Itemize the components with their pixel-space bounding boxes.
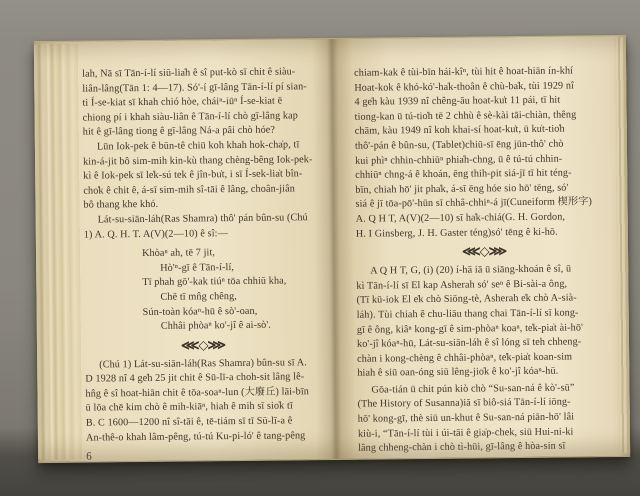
text-line: chiong pí i khah siàu-liân ê Tān-í-lí ch… <box>83 109 319 126</box>
open-book: lah, Nā sī Tān-í-lí siū-lia̍h ê sî put-k… <box>34 35 630 463</box>
text-line: 1) A. Q. H. T. A(V)(2—10) ê sî:— <box>84 226 320 243</box>
text-line: Hoat-kok ê khó-kó'-ha̍k-thoân ê chù-ba̍k… <box>354 79 610 96</box>
text-line: Chhâi phòaⁿ ko'-jî ê ai-sò'. <box>85 318 321 335</box>
text-line: cho̍k ê chit ê, á-sī sim-mih sî-tāi ê lâ… <box>83 182 319 199</box>
left-body-paragraphs: lah, Nā sī Tān-í-lí siū-lia̍h ê sî put-k… <box>82 65 320 243</box>
text-line: ko'-jî kóaⁿ-hū, Lát-su-siān-láh ê sî lón… <box>357 335 613 352</box>
verse-block: Khòaⁿ ah, tē 7 jit,Hò'ⁿ-gī ê Tān-í-lí,Tī… <box>84 245 321 335</box>
left-page: lah, Nā sī Tān-í-lí siū-lia̍h ê sî put-k… <box>34 39 334 462</box>
ornament-divider: ⋘◇⋙ <box>356 242 612 261</box>
page-number-right: 7 <box>358 459 614 474</box>
right-paragraph-susanna: Gōa-tián ū chit pún kiò chò “Su-san-ná ê… <box>357 381 614 457</box>
ornament-divider: ⋘◇⋙ <box>85 336 321 354</box>
footnote-block: (Chú 1) Lát-su-siān-láh(Ras Shamra) bûn-… <box>85 356 322 446</box>
text-line: Lát-su-siān-láh(Ras Shamra) thô' pán bûn… <box>84 211 320 228</box>
right-page: chiam-kak ê tùi-bīn hái-kîⁿ, tùi hit ê h… <box>330 36 630 459</box>
text-line: lâng chheng-chàn i chò tì-hūi, gī-lâng ê… <box>358 439 614 456</box>
book-gutter-shadow <box>312 39 356 459</box>
scan-background: lah, Nā sī Tān-í-lí siū-lia̍h ê sî put-k… <box>0 0 640 496</box>
right-body-paragraph: chiam-kak ê tùi-bīn hái-kîⁿ, tùi hit ê h… <box>354 64 612 242</box>
page-number-left: 6 <box>86 448 322 462</box>
text-line: liân-lâng(Tān 1: 4—17). Só'-í gī-lâng Tā… <box>82 80 318 97</box>
text-line: H. I Ginsberg, J. H. Gaster téng)só' tēn… <box>356 225 612 242</box>
text-line: siá ê jī tōa-pō'-hūn sī chhâ-chhiⁿ-á jī(… <box>355 195 611 212</box>
text-line: Tī phah gō'-kak tiúⁿ tōa chhiū kha, <box>84 274 320 291</box>
right-paragraph-aqht: A Q H T, G, (i) (20) í-hā iā ū siāng-kho… <box>356 262 613 381</box>
text-line: An-thê-o khah lâm-pêng, tú-tú Ku-pi-ló' … <box>86 429 322 446</box>
text-line: hiah ê siū oan-óng siū lêng-jio̍k ê ko'-… <box>357 364 613 381</box>
